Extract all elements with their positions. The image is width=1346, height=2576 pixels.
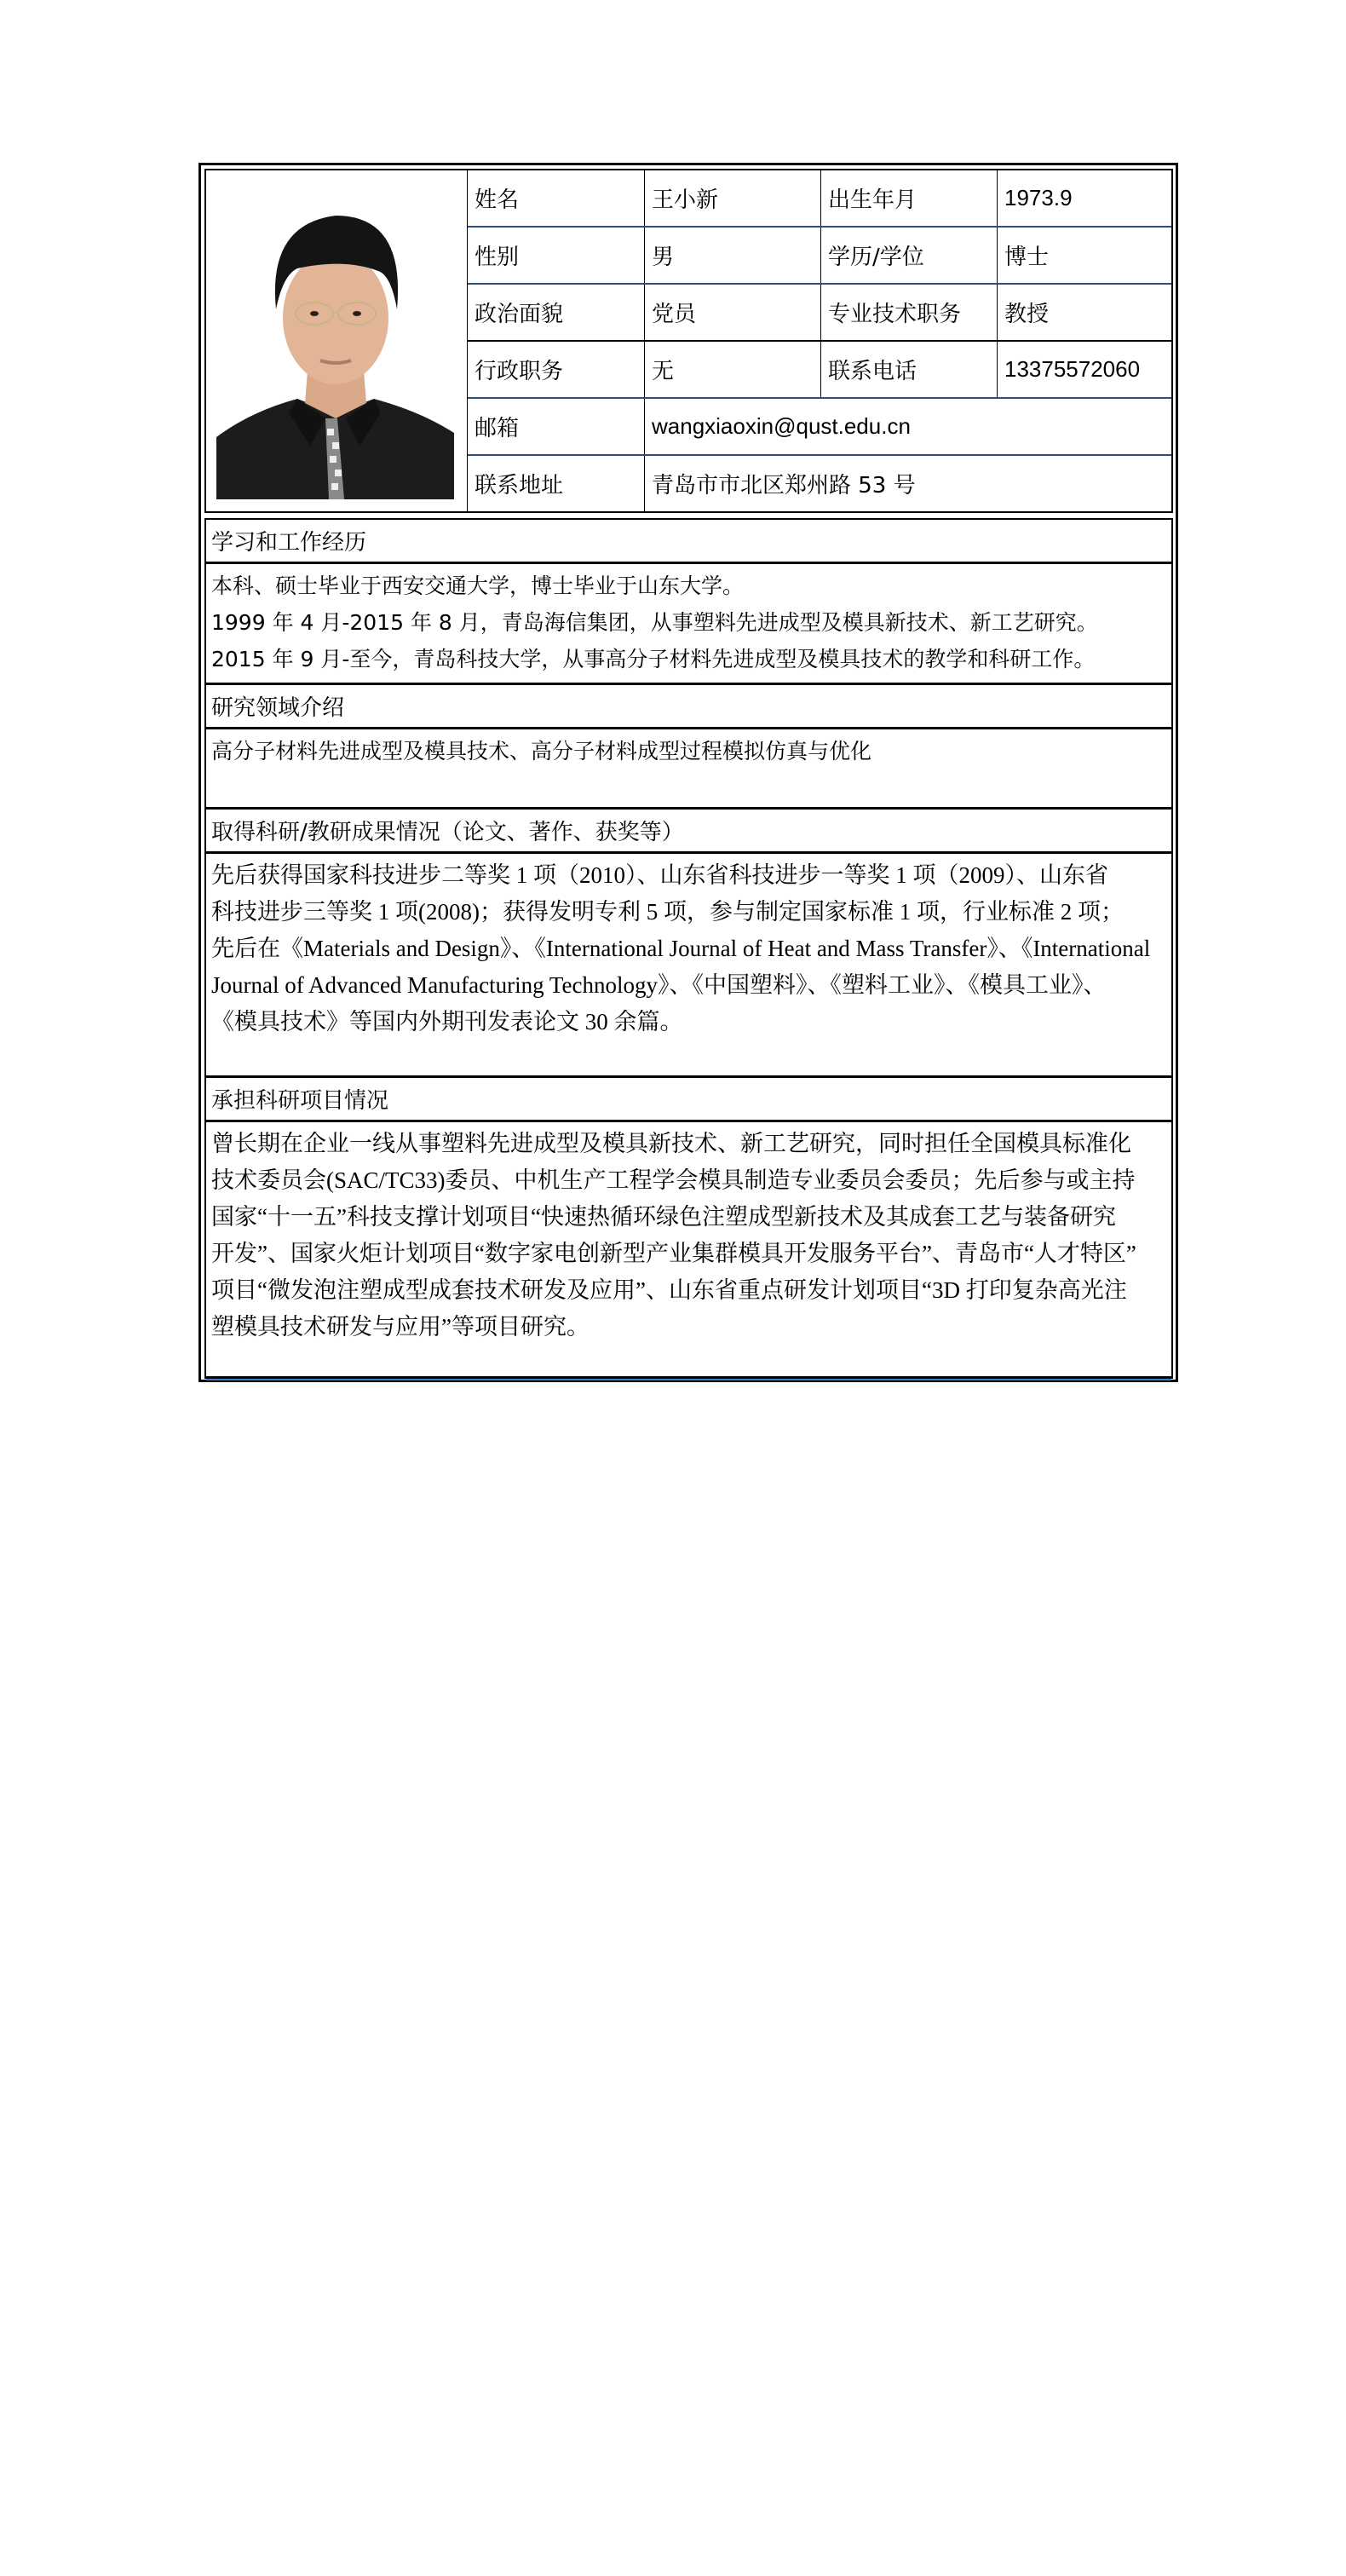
profile-row: 联系地址 青岛市市北区郑州路 53 号	[468, 456, 1171, 513]
field-label-phone: 联系电话	[821, 342, 998, 397]
section-title: 取得科研/教研成果情况（论文、著作、获奖等）	[211, 815, 684, 846]
text-line: 先后在《Materials and Design》、《International…	[211, 931, 1166, 967]
field-label-title: 专业技术职务	[821, 285, 998, 340]
section-heading-projects: 承担科研项目情况	[206, 1078, 1171, 1122]
text-line: 先后获得国家科技进步二等奖 1 项（2010）、山东省科技进步一等奖 1 项（2…	[211, 857, 1166, 894]
section-body-experience: 本科、硕士毕业于西安交通大学，博士毕业于山东大学。 1999 年 4 月-201…	[206, 564, 1171, 685]
profile-row: 政治面貌 党员 专业技术职务 教授	[468, 285, 1171, 342]
field-value-title: 教授	[998, 285, 1171, 340]
text-line: 高分子材料先进成型及模具技术、高分子材料成型过程模拟仿真与优化	[211, 733, 1166, 769]
detail-sections: 学习和工作经历 本科、硕士毕业于西安交通大学，博士毕业于山东大学。 1999 年…	[204, 518, 1173, 1379]
field-value-phone: 13375572060	[998, 342, 1171, 397]
text-line: 项目“微发泡注塑成型成套技术研发及应用”、山东省重点研发计划项目“3D 打印复杂…	[211, 1272, 1166, 1309]
field-value-admin-post: 无	[645, 342, 821, 397]
section-heading-experience: 学习和工作经历	[206, 520, 1171, 564]
field-value-degree: 博士	[998, 228, 1171, 283]
profile-row: 邮箱 wangxiaoxin@qust.edu.cn	[468, 399, 1171, 456]
field-value-political: 党员	[645, 285, 821, 340]
profile-fields: 姓名 王小新 出生年月 1973.9 性别 男 学历/学位 博士 政治面貌 党员…	[468, 170, 1171, 511]
section-title: 承担科研项目情况	[211, 1083, 388, 1115]
field-label-email: 邮箱	[468, 399, 645, 454]
field-value-email[interactable]: wangxiaoxin@qust.edu.cn	[645, 399, 1171, 454]
field-label-name: 姓名	[468, 170, 645, 226]
portrait-photo	[216, 190, 454, 499]
field-label-political: 政治面貌	[468, 285, 645, 340]
field-label-admin-post: 行政职务	[468, 342, 645, 397]
text-line: 开发”、国家火炬计划项目“数字家电创新型产业集群模具开发服务平台”、青岛市“人才…	[211, 1236, 1166, 1272]
profile-row: 行政职务 无 联系电话 13375572060	[468, 342, 1171, 399]
text-line: 1999 年 4 月-2015 年 8 月，青岛海信集团，从事塑料先进成型及模具…	[211, 604, 1166, 641]
field-value-address: 青岛市市北区郑州路 53 号	[645, 456, 1171, 511]
text-line: Journal of Advanced Manufacturing Techno…	[211, 967, 1166, 1004]
section-heading-research-area: 研究领域介绍	[206, 685, 1171, 729]
text-line: 国家“十一五”科技支撑计划项目“快速热循环绿色注塑成型新技术及其成套工艺与装备研…	[211, 1199, 1166, 1236]
person-portrait-icon	[216, 190, 454, 499]
field-value-gender: 男	[645, 228, 821, 283]
section-body-projects: 曾长期在企业一线从事塑料先进成型及模具新技术、新工艺研究，同时担任全国模具标准化…	[206, 1122, 1171, 1376]
text-line: 本科、硕士毕业于西安交通大学，博士毕业于山东大学。	[211, 568, 1166, 604]
text-line: 塑模具技术研发与应用”等项目研究。	[211, 1309, 1166, 1346]
section-heading-achievements: 取得科研/教研成果情况（论文、著作、获奖等）	[206, 810, 1171, 854]
section-body-achievements: 先后获得国家科技进步二等奖 1 项（2010）、山东省科技进步一等奖 1 项（2…	[206, 854, 1171, 1078]
field-value-name: 王小新	[645, 170, 821, 226]
text-line: 技术委员会(SAC/TC33)委员、中机生产工程学会模具制造专业委员会委员；先后…	[211, 1162, 1166, 1199]
field-label-birth: 出生年月	[821, 170, 998, 226]
field-label-address: 联系地址	[468, 456, 645, 511]
profile-table: 姓名 王小新 出生年月 1973.9 性别 男 学历/学位 博士 政治面貌 党员…	[204, 169, 1173, 513]
field-label-gender: 性别	[468, 228, 645, 283]
text-line: 曾长期在企业一线从事塑料先进成型及模具新技术、新工艺研究，同时担任全国模具标准化	[211, 1126, 1166, 1162]
section-title: 研究领域介绍	[211, 690, 344, 722]
section-body-research-area: 高分子材料先进成型及模具技术、高分子材料成型过程模拟仿真与优化	[206, 729, 1171, 810]
text-line: 2015 年 9 月-至今，青岛科技大学，从事高分子材料先进成型及模具技术的教学…	[211, 641, 1166, 677]
photo-cell	[206, 170, 468, 511]
section-title: 学习和工作经历	[211, 525, 366, 556]
field-label-degree: 学历/学位	[821, 228, 998, 283]
text-line: 《模具技术》等国内外期刊发表论文 30 余篇。	[211, 1004, 1166, 1040]
profile-row: 姓名 王小新 出生年月 1973.9	[468, 170, 1171, 228]
text-line: 科技进步三等奖 1 项(2008)；获得发明专利 5 项，参与制定国家标准 1 …	[211, 894, 1166, 931]
field-value-birth: 1973.9	[998, 170, 1171, 226]
profile-row: 性别 男 学历/学位 博士	[468, 228, 1171, 285]
